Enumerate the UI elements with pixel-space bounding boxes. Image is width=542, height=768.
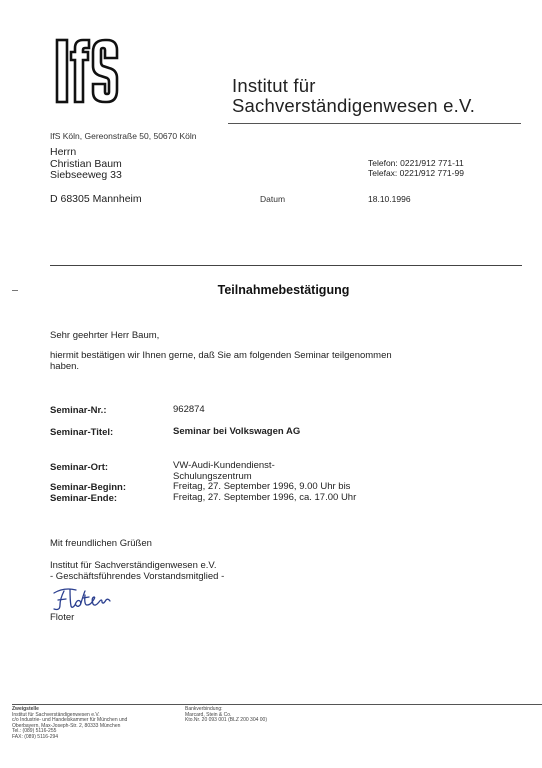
sender-address: IfS Köln, Gereonstraße 50, 50670 Köln xyxy=(50,131,196,141)
seminar-ort-line1: VW-Audi-Kundendienst- xyxy=(173,461,275,472)
content-divider xyxy=(50,265,522,266)
telefax: Telefax: 0221/912 771-99 xyxy=(368,168,464,178)
seminar-beginn-value: Freitag, 27. September 1996, 9.00 Uhr bi… xyxy=(173,482,350,493)
seminar-titel-value: Seminar bei Volkswagen AG xyxy=(173,427,300,438)
closing-institution-name: Institut für Sachverständigenwesen e.V. xyxy=(50,560,224,571)
closing-institution: Institut für Sachverständigenwesen e.V. … xyxy=(50,560,224,582)
seminar-ende-value: Freitag, 27. September 1996, ca. 17.00 U… xyxy=(173,493,356,504)
seminar-nr-label: Seminar-Nr.: xyxy=(50,405,107,416)
document-title: Teilnahmebestätigung xyxy=(0,283,542,297)
signer-name: Floter xyxy=(50,612,74,623)
header-divider xyxy=(228,123,521,124)
telefon: Telefon: 0221/912 771-11 xyxy=(368,158,464,168)
seminar-titel-label: Seminar-Titel: xyxy=(50,427,113,438)
recipient-street: Siebseeweg 33 xyxy=(50,170,122,182)
recipient-city: D 68305 Mannheim xyxy=(50,193,142,205)
body-line-2: haben. xyxy=(50,361,470,372)
recipient-salutation: Herrn xyxy=(50,147,122,159)
seminar-ort-value: VW-Audi-Kundendienst- Schulungszentrum xyxy=(173,461,275,482)
seminar-nr-value: 962874 xyxy=(173,405,205,416)
institute-name-line1: Institut für xyxy=(232,76,475,96)
ifs-logo xyxy=(55,38,119,104)
body-line-1: hiermit bestätigen wir Ihnen gerne, daß … xyxy=(50,350,470,361)
footer-branch-info: Zweigstelle Institut für Sachverständige… xyxy=(12,707,127,741)
recipient-address: Herrn Christian Baum Siebseeweg 33 xyxy=(50,147,122,182)
date-value: 18.10.1996 xyxy=(368,194,411,204)
body-paragraph: hiermit bestätigen wir Ihnen gerne, daß … xyxy=(50,350,470,372)
institute-name: Institut für Sachverständigenwesen e.V. xyxy=(232,76,475,116)
seminar-ort-label: Seminar-Ort: xyxy=(50,462,108,473)
closing-role: - Geschäftsführendes Vorstandsmitglied - xyxy=(50,571,224,582)
greeting: Sehr geehrter Herr Baum, xyxy=(50,330,159,341)
footer-divider xyxy=(12,704,542,705)
contact-info: Telefon: 0221/912 771-11 Telefax: 0221/9… xyxy=(368,158,464,178)
institute-name-line2: Sachverständigenwesen e.V. xyxy=(232,96,475,116)
closing-regards: Mit freundlichen Grüßen xyxy=(50,538,152,549)
footer-bank-info: Bankverbindung: Marcard, Stein & Co. Kto… xyxy=(185,707,267,724)
date-label: Datum xyxy=(260,194,285,204)
signature xyxy=(50,585,122,615)
seminar-beginn-label: Seminar-Beginn: xyxy=(50,482,126,493)
footer-branch-fax: FAX: (089) 5116-294 xyxy=(12,735,127,741)
seminar-ende-label: Seminar-Ende: xyxy=(50,493,117,504)
footer-bank-account: Kto.Nr. 20 093 001 (BLZ 200 304 00) xyxy=(185,718,267,724)
